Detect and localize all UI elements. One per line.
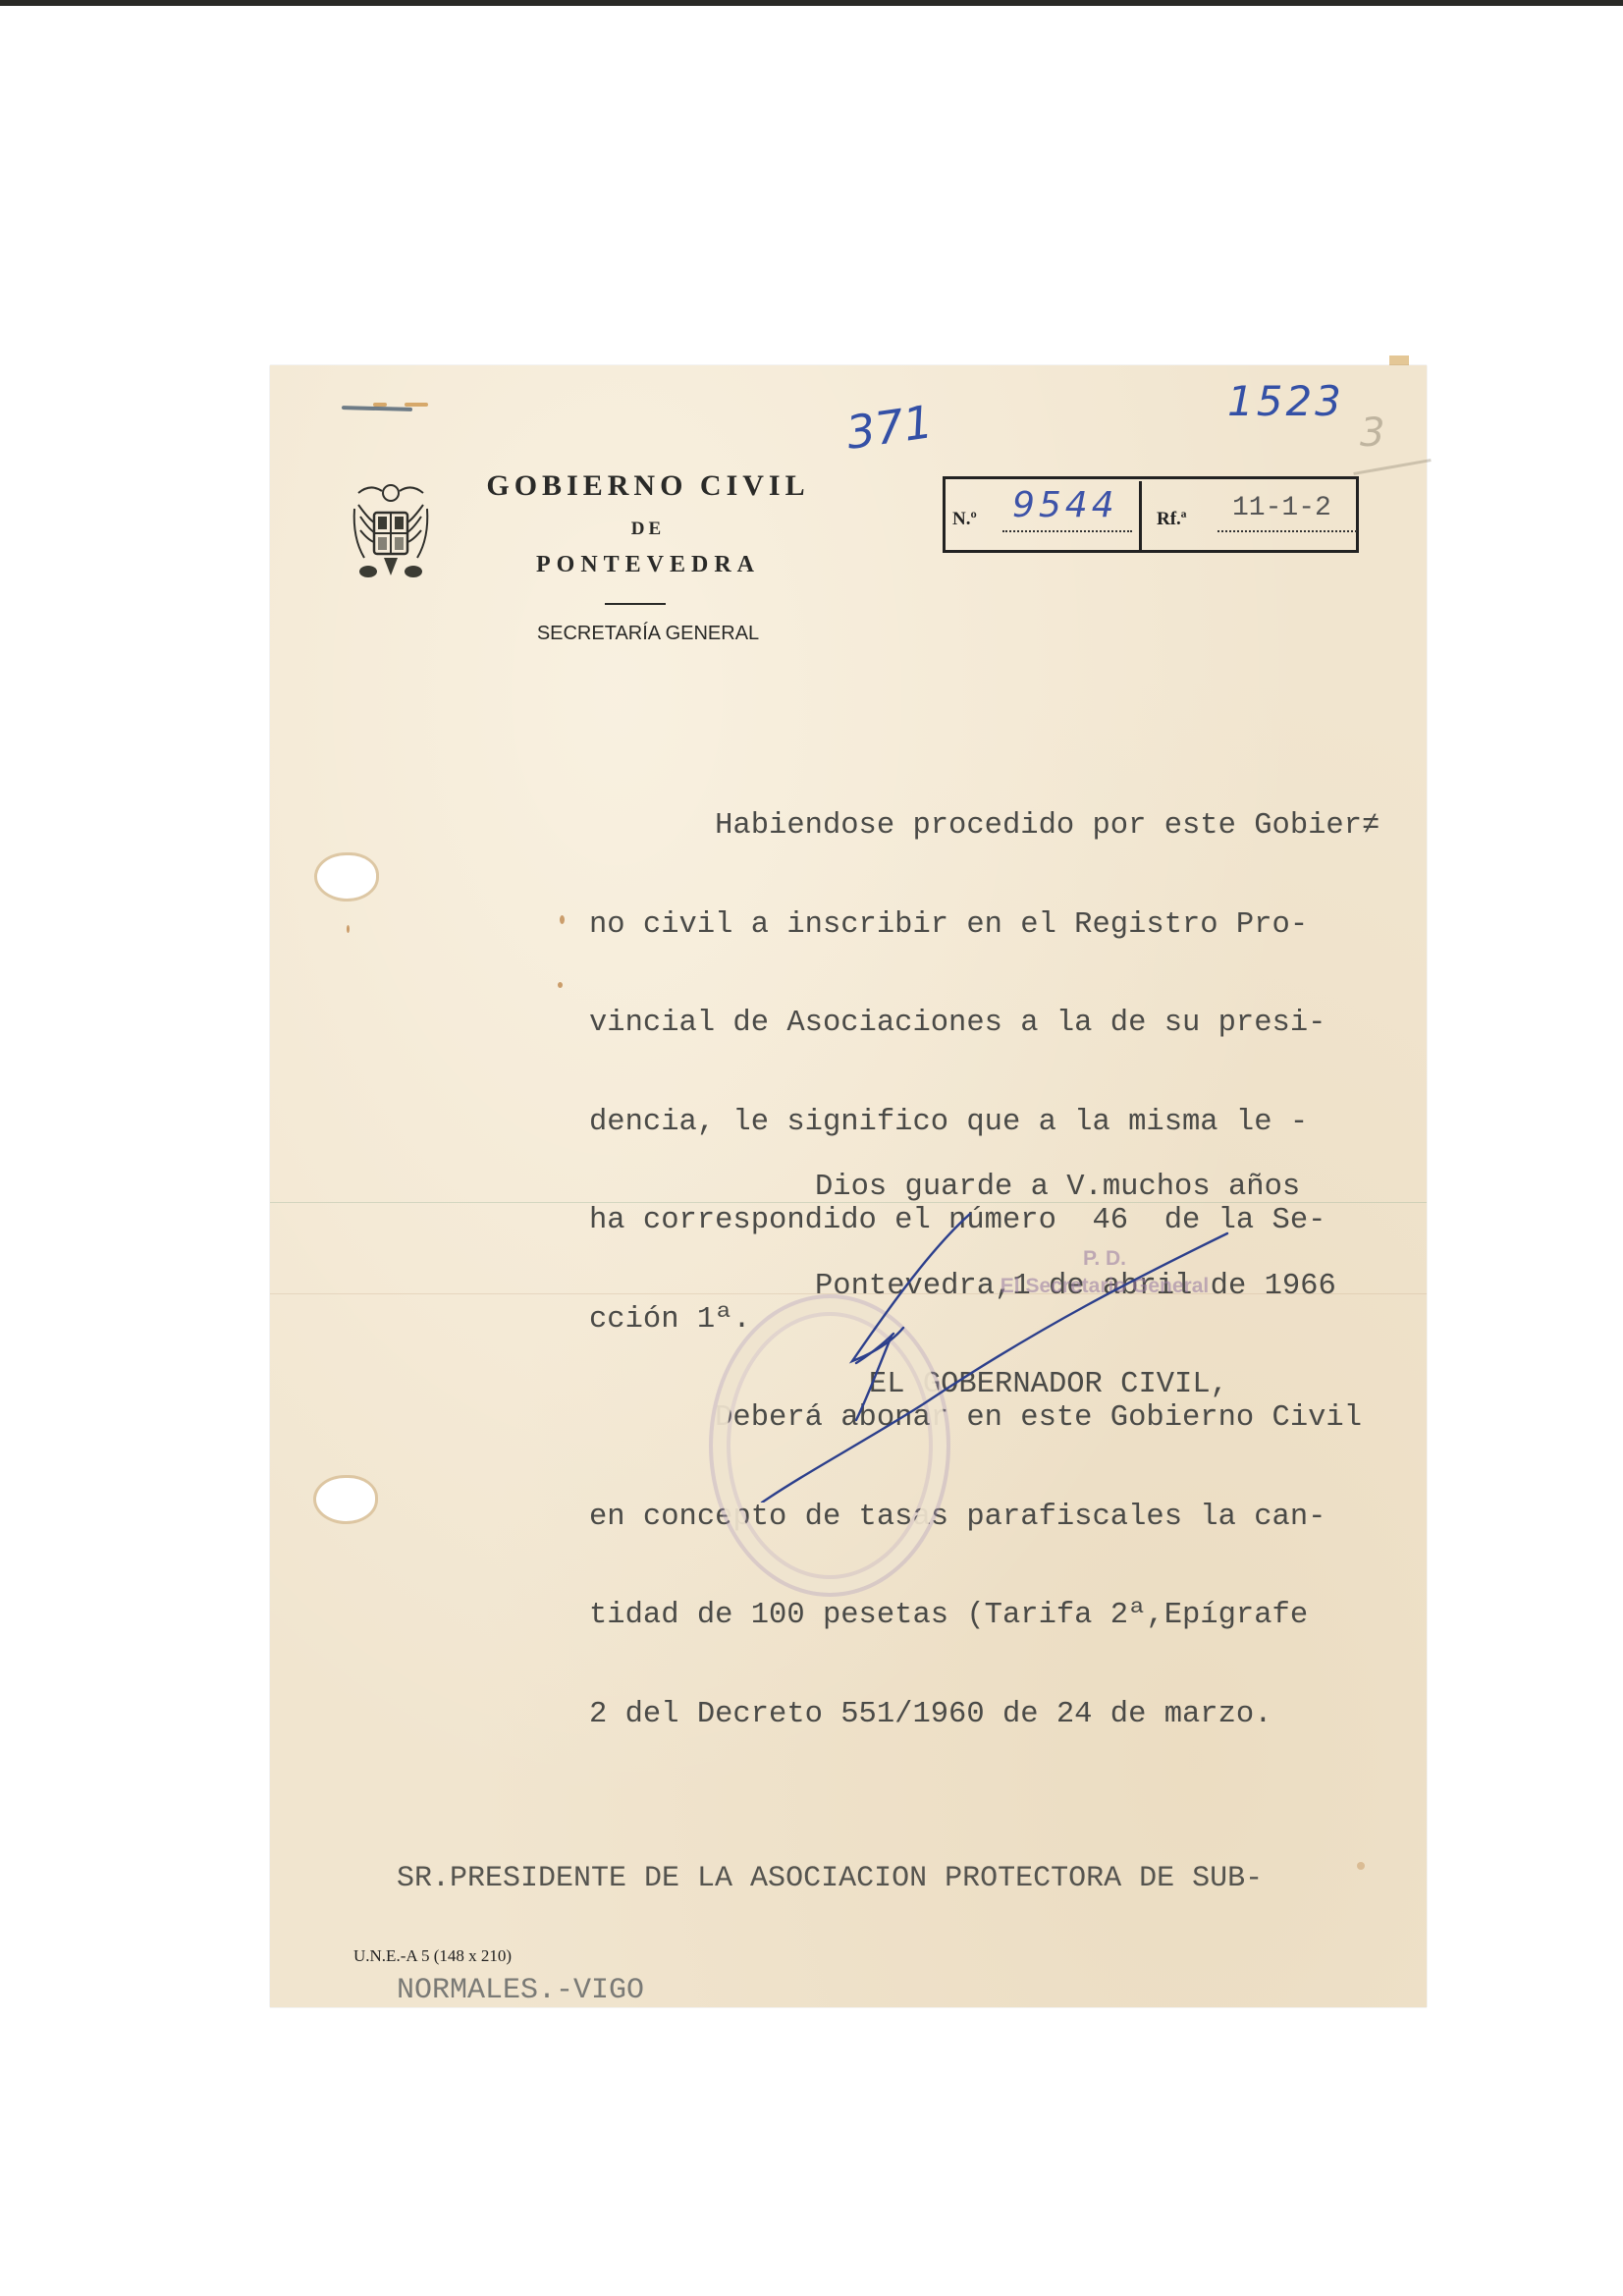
number-label: N.º <box>952 509 977 530</box>
signature-icon <box>746 1208 1257 1503</box>
punch-hole <box>317 855 376 899</box>
body-line: no civil a inscribir en el Registro Pro- <box>589 909 1434 943</box>
addressee-line: SR.PRESIDENTE DE LA ASOCIACION PROTECTOR… <box>397 1860 1263 1897</box>
reference-value: 11-1-2 <box>1232 493 1331 523</box>
reference-box-divider <box>1139 481 1142 550</box>
rust-mark <box>405 403 428 407</box>
reference-dotted-line <box>1217 530 1357 532</box>
registration-number: 9544 <box>1012 485 1118 525</box>
letterhead-title: GOBIERNO CIVIL <box>461 469 835 503</box>
reference-box: N.º 9544 Rf.ª 11-1-2 <box>943 476 1359 553</box>
scanner-edge-strip <box>0 0 1623 6</box>
rust-mark <box>373 403 387 407</box>
paper-format-code: U.N.E.-A 5 (148 x 210) <box>353 1946 512 1966</box>
body-line: Habiendose procedido por este Gobier≠ <box>589 810 1434 844</box>
paper-speck <box>560 915 565 924</box>
letterhead-divider <box>605 603 666 605</box>
handwritten-faint-mark: 3 <box>1360 410 1384 456</box>
body-line: tidad de 100 pesetas (Tarifa 2ª,Epígrafe <box>589 1600 1434 1633</box>
body-line: vincial de Asociaciones a la de su presi… <box>589 1008 1434 1041</box>
letterhead-city: PONTEVEDRA <box>461 552 835 578</box>
reference-label: Rf.ª <box>1157 509 1187 530</box>
paper-speck <box>1357 1862 1365 1870</box>
paper-speck <box>347 925 350 933</box>
addressee-line: NORMALES.-VIGO <box>397 1972 1263 2009</box>
addressee-block: SR.PRESIDENTE DE LA ASOCIACION PROTECTOR… <box>397 1785 1263 2047</box>
handwritten-number-top-right: 1523 <box>1227 377 1344 425</box>
closing-salutation: Dios guarde a V.muchos años <box>815 1172 1336 1205</box>
body-line: 2 del Decreto 551/1960 de 24 de marzo. <box>589 1699 1434 1732</box>
punch-hole <box>316 1478 375 1521</box>
letterhead-de: DE <box>461 519 835 540</box>
paper-torn-tab <box>1389 355 1409 365</box>
coat-of-arms-eagle-icon <box>349 479 433 581</box>
letterhead-department: SECRETARÍA GENERAL <box>461 623 835 645</box>
paper-speck <box>558 982 563 988</box>
body-line: en concepto de tasas parafiscales la can… <box>589 1502 1434 1535</box>
number-dotted-line <box>1002 530 1132 532</box>
